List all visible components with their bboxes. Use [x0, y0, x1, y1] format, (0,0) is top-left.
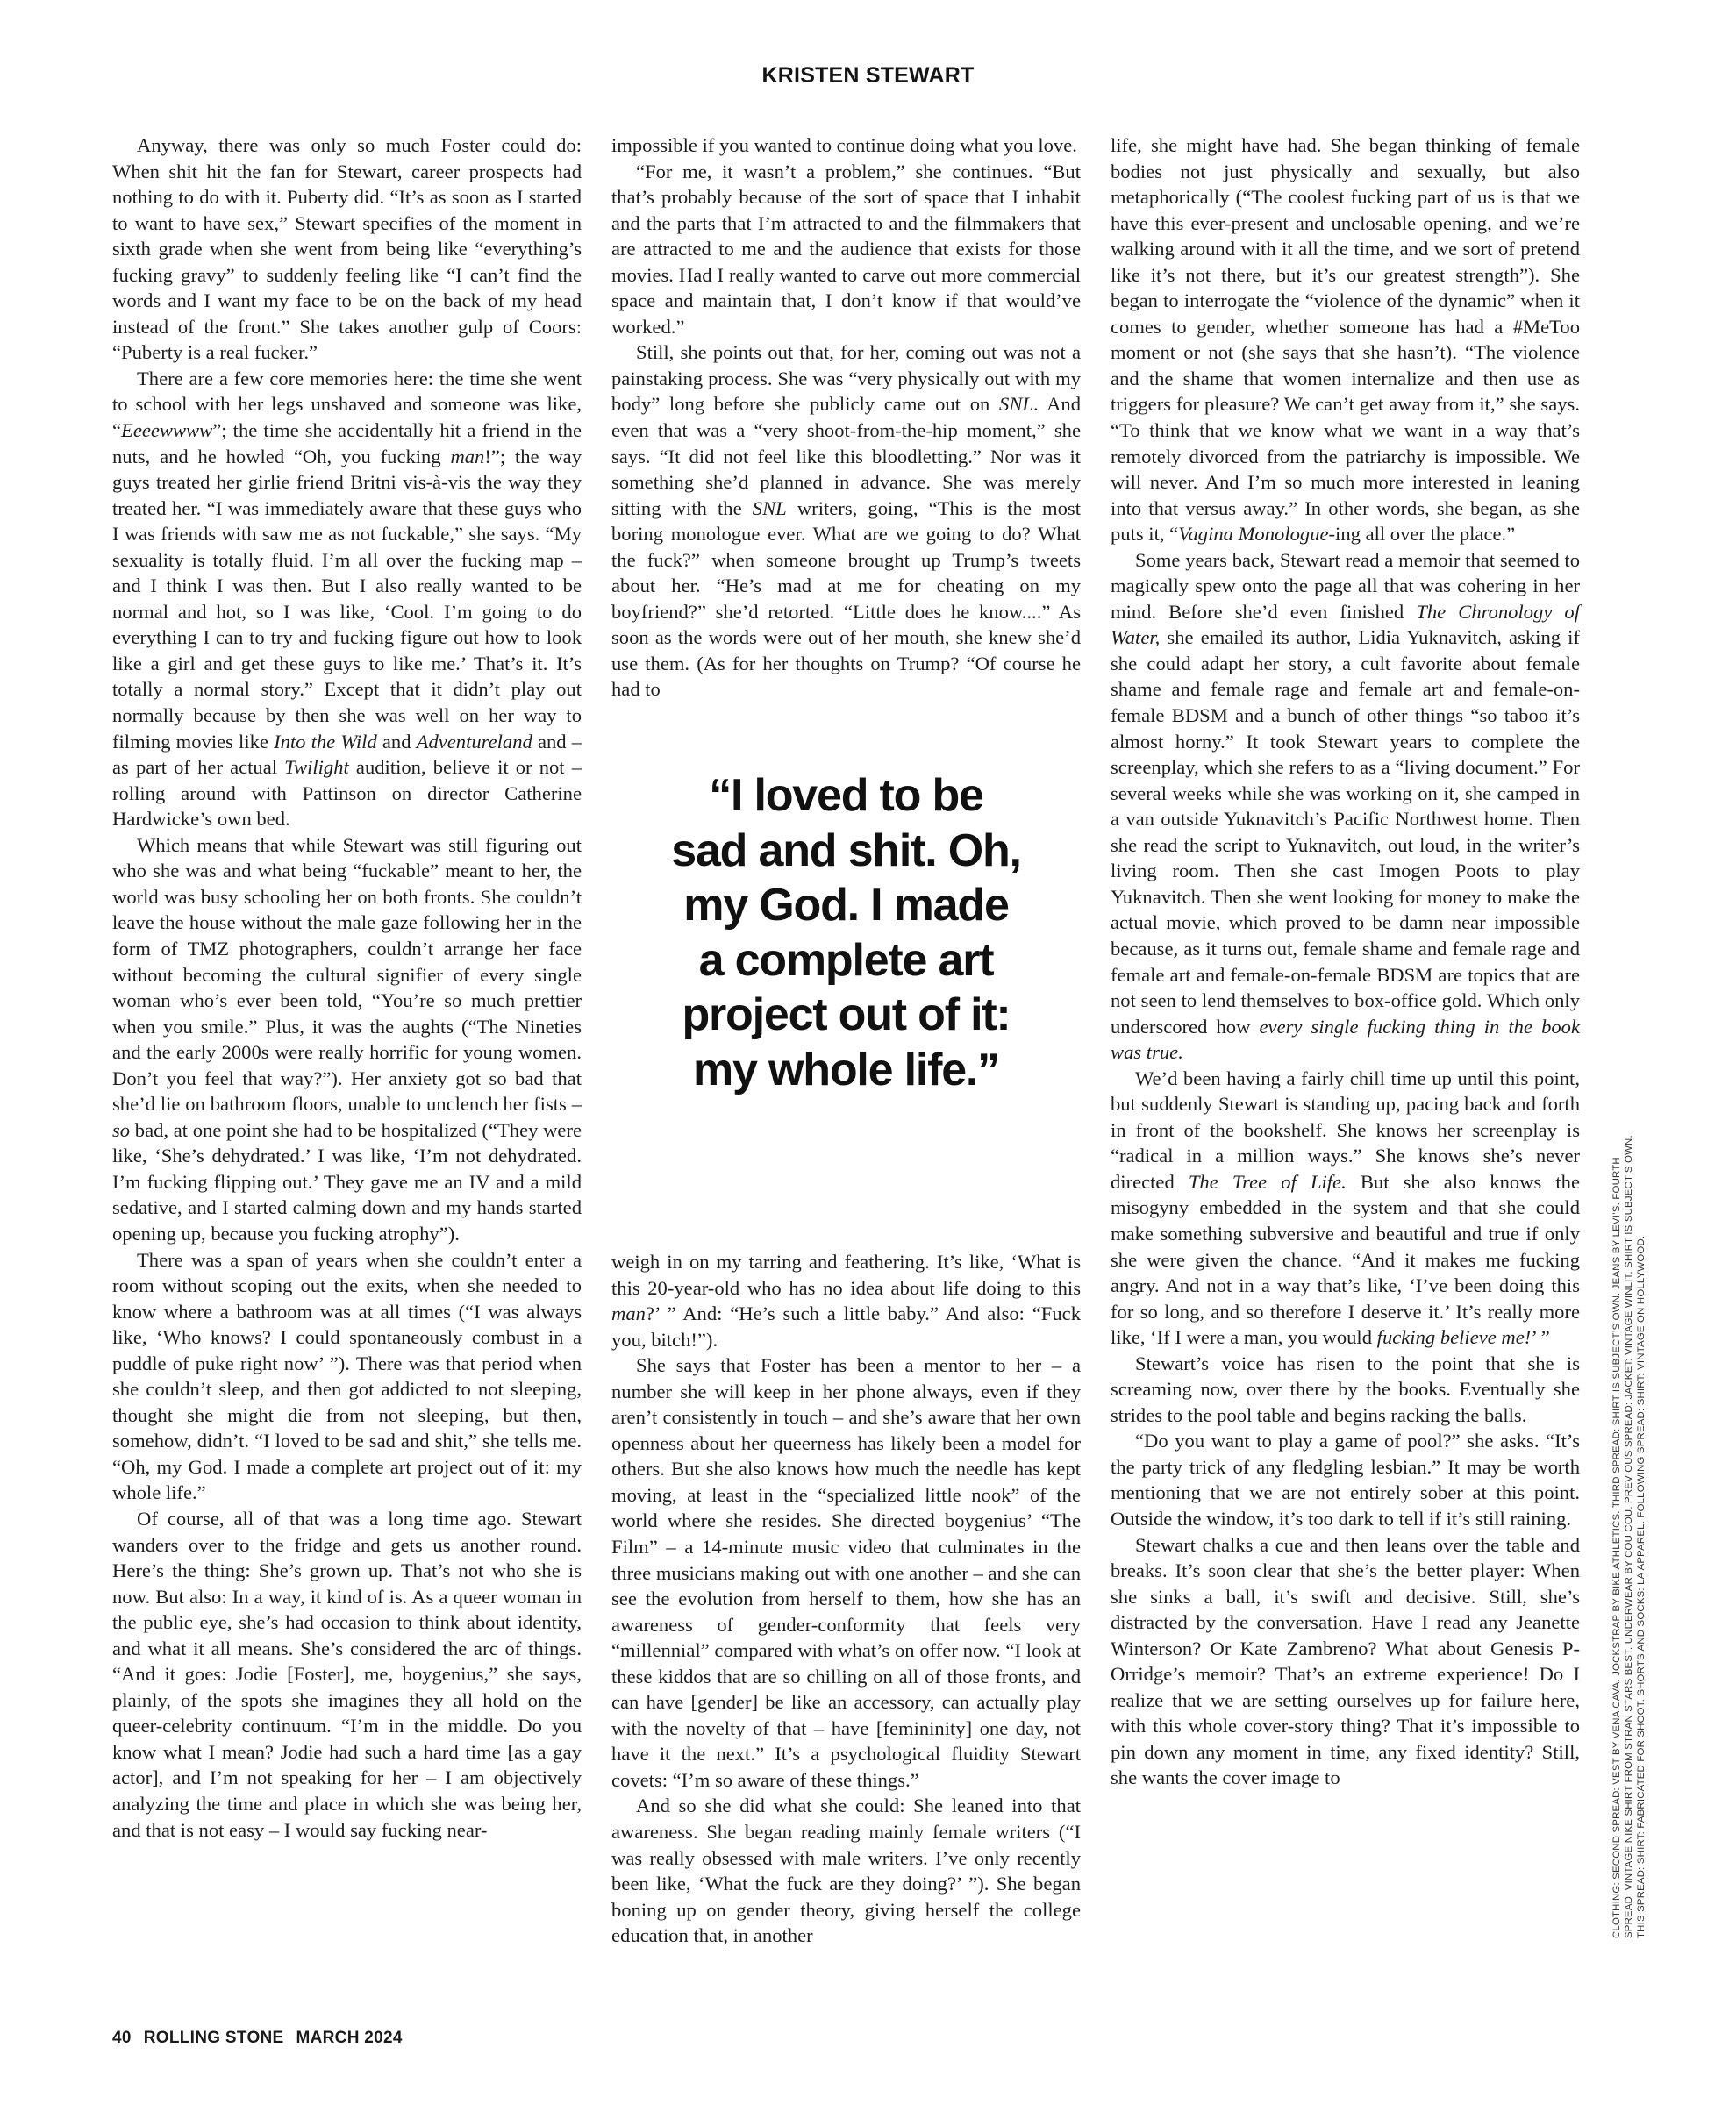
italic-title: every single fucking thing in the book w…: [1111, 1016, 1580, 1064]
italic-title: SNL: [753, 497, 787, 519]
publication-name: ROLLING STONE: [144, 2029, 284, 2047]
italic-title: fucking believe me!: [1377, 1326, 1532, 1348]
body-paragraph: Still, she points out that, for her, com…: [611, 339, 1081, 703]
italic-title: The Chronology of Water,: [1111, 601, 1580, 649]
italic-title: Vagina Monologue: [1178, 523, 1328, 545]
italic-title: man: [450, 446, 484, 467]
article-column-2-bottom: weigh in on my tarring and feathering. I…: [611, 1249, 1081, 1949]
credits-line: spread: Vintage Nike shirt from Stran St…: [1623, 1070, 1635, 1938]
italic-title: SNL: [999, 393, 1033, 415]
page-footer: 40ROLLING STONEMARCH 2024: [112, 2029, 415, 2048]
body-paragraph: Of course, all of that was a long time a…: [112, 1506, 582, 1843]
article-column-1: Anyway, there was only so much Foster co…: [112, 132, 582, 1843]
body-paragraph: Anyway, there was only so much Foster co…: [112, 132, 582, 366]
body-paragraph: weigh in on my tarring and feathering. I…: [611, 1249, 1081, 1352]
credits-line: This spread: Shirt: Fabricated for shoot…: [1635, 1070, 1647, 1938]
credits-line: Clothing: Second spread: Vest by Vena Ca…: [1611, 1070, 1623, 1938]
body-paragraph: And so she did what she could: She leane…: [611, 1793, 1081, 1948]
italic-title: man: [611, 1302, 646, 1324]
italic-title: Adventureland: [417, 731, 532, 753]
italic-title: Into the Wild: [274, 731, 377, 753]
pull-quote-line: “I loved to be: [611, 768, 1081, 824]
pull-quote-line: a complete art: [611, 933, 1081, 988]
page-number: 40: [112, 2029, 132, 2047]
italic-title: so: [112, 1119, 130, 1141]
pull-quote-line: sad and shit. Oh,: [611, 824, 1081, 879]
body-paragraph: We’d been having a fairly chill time up …: [1111, 1066, 1580, 1351]
italic-title: Eeeewwww: [121, 419, 212, 441]
body-paragraph: impossible if you wanted to continue doi…: [611, 132, 1081, 159]
body-paragraph: Some years back, Stewart read a memoir t…: [1111, 547, 1580, 1066]
body-paragraph: “Do you want to play a game of pool?” sh…: [1111, 1428, 1580, 1531]
article-column-3: life, she might have had. She began thin…: [1111, 132, 1580, 1791]
body-paragraph: life, she might have had. She began thin…: [1111, 132, 1580, 547]
body-paragraph: “For me, it wasn’t a problem,” she conti…: [611, 159, 1081, 340]
body-paragraph: There was a span of years when she could…: [112, 1247, 582, 1506]
body-paragraph: Which means that while Stewart was still…: [112, 832, 582, 1247]
pull-quote-line: my God. I made: [611, 878, 1081, 933]
article-column-2-top: impossible if you wanted to continue doi…: [611, 132, 1081, 703]
pull-quote: “I loved to be sad and shit. Oh, my God.…: [611, 768, 1081, 1097]
pull-quote-line: project out of it:: [611, 988, 1081, 1043]
body-paragraph: She says that Foster has been a mentor t…: [611, 1352, 1081, 1793]
body-paragraph: Stewart chalks a cue and then leans over…: [1111, 1532, 1580, 1791]
issue-date: MARCH 2024: [296, 2029, 403, 2047]
italic-title: Twilight: [284, 756, 349, 778]
body-paragraph: Stewart’s voice has risen to the point t…: [1111, 1351, 1580, 1429]
pull-quote-line: my whole life.”: [611, 1043, 1081, 1098]
clothing-credits: Clothing: Second spread: Vest by Vena Ca…: [1611, 1070, 1647, 1938]
article-running-head: KRISTEN STEWART: [0, 63, 1736, 89]
italic-title: The Tree of Life.: [1189, 1171, 1347, 1193]
body-paragraph: There are a few core memories here: the …: [112, 366, 582, 832]
